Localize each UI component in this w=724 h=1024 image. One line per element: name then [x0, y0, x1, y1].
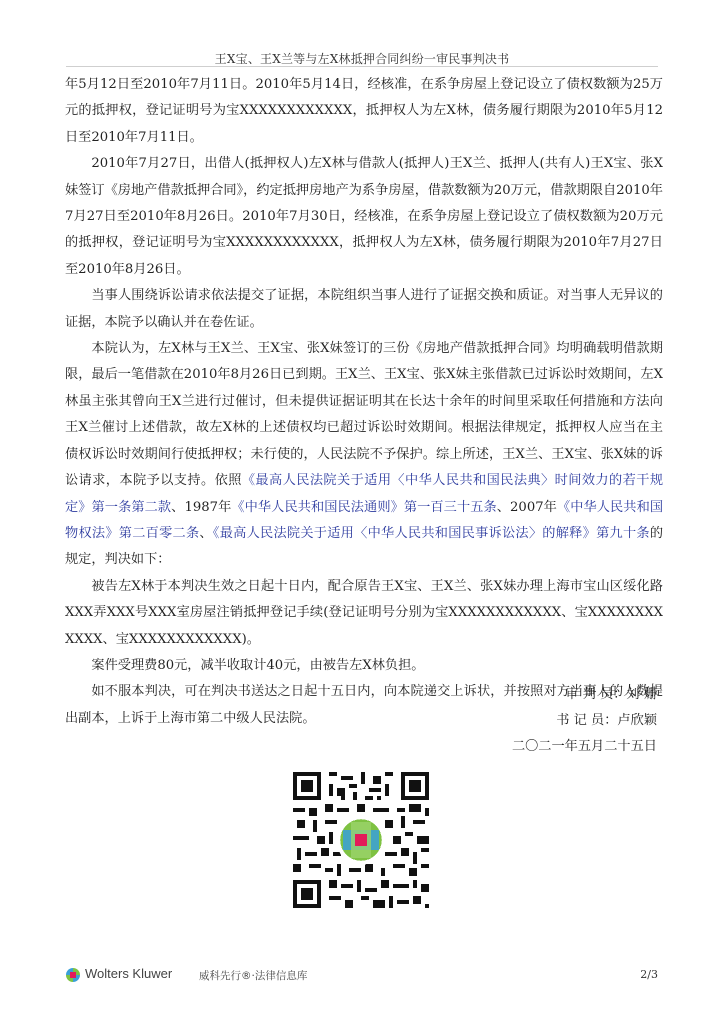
judgment-date: 二〇二一年五月二十五日 [512, 734, 657, 760]
wolters-kluwer-logo-icon [66, 968, 80, 982]
law-link-civil-procedure-interpretation[interactable]: 《最高人民法院关于适用〈中华人民共和国民事诉讼法〉的解释》第九十条 [213, 526, 650, 541]
signature-clerk: 书 记 员：卢欣颖 [556, 708, 657, 734]
page-number: 2/3 [640, 968, 658, 981]
paragraph-evidence: 当事人围绕诉讼请求依法提交了证据，本院组织当事人进行了证据交换和质证。对当事人无… [65, 283, 663, 336]
opinion-text: 、1987年 [171, 500, 231, 515]
header-divider [66, 66, 658, 67]
footer-brand: Wolters Kluwer [85, 966, 172, 981]
page-footer: Wolters Kluwer 威科先行®·法律信息库 2/3 [66, 966, 660, 986]
paragraph-mortgage-1: 年5月12日至2010年7月11日。2010年5月14日，经核准，在系争房屋上登… [65, 72, 663, 151]
opinion-text: 、2007年 [497, 500, 557, 515]
opinion-text: 本院认为，左X林与王X兰、王X宝、张X妹签订的三份《房地产借款抵押合同》均明确载… [65, 341, 663, 488]
page-header-title: 王X宝、王X兰等与左X林抵押合同纠纷一审民事判决书 [0, 50, 724, 67]
qr-code[interactable] [289, 768, 433, 912]
law-link-general-principles[interactable]: 《中华人民共和国民法通则》第一百三十五条 [231, 500, 496, 515]
paragraph-court-opinion: 本院认为，左X林与王X兰、王X宝、张X妹签订的三份《房地产借款抵押合同》均明确载… [65, 336, 663, 574]
footer-brand-cn: 威科先行®·法律信息库 [199, 968, 307, 983]
paragraph-court-fee: 案件受理费80元，减半收取计40元，由被告左X林负担。 [65, 653, 663, 679]
signature-judge: 审 判 员：刘 姗 [565, 682, 657, 708]
judgment-body: 年5月12日至2010年7月11日。2010年5月14日，经核准，在系争房屋上登… [65, 72, 663, 732]
paragraph-mortgage-2: 2010年7月27日，出借人(抵押权人)左X林与借款人(抵押人)王X兰、抵押人(… [65, 151, 663, 283]
paragraph-judgment: 被告左X林于本判决生效之日起十日内，配合原告王X宝、王X兰、张X妹办理上海市宝山… [65, 574, 663, 653]
opinion-text: 、 [199, 526, 212, 541]
